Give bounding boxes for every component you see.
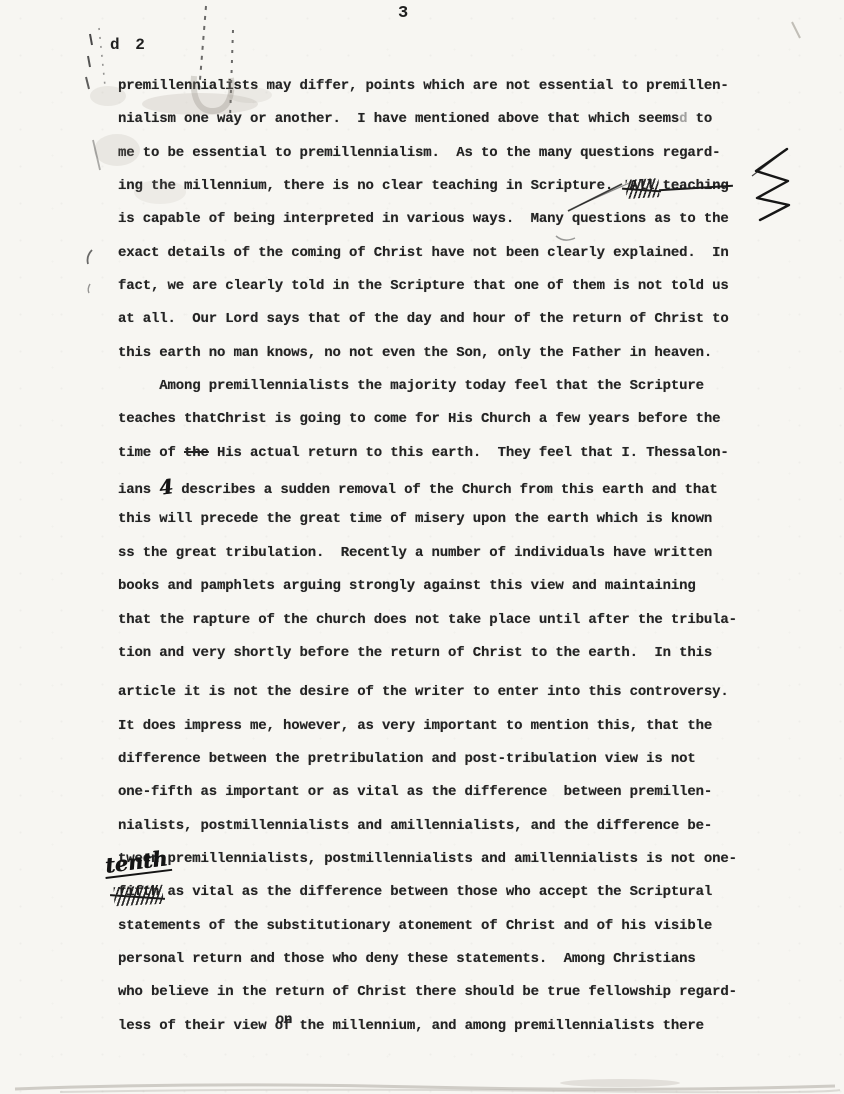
document-line: exact details of the coming of Christ ha…	[118, 237, 778, 270]
text-segment-scribble: fifthtenth	[118, 876, 159, 909]
document-line: ing the millennium, there is no clear te…	[118, 170, 778, 203]
document-line: that the rapture of the church does not …	[118, 604, 778, 637]
text-segment: this earth no man knows, no not even the…	[118, 345, 712, 361]
document-line: ss the great tribulation. Recently a num…	[118, 537, 778, 570]
text-segment: me to be essential to premillennialism. …	[118, 145, 720, 161]
text-segment: article it is not the desire of the writ…	[118, 684, 729, 700]
text-segment: Among premillennialists the majority tod…	[118, 378, 704, 394]
text-segment-faint: d	[679, 111, 687, 127]
text-segment: at all. Our Lord says that of the day an…	[118, 311, 729, 327]
text-segment: that the rapture of the church does not …	[118, 612, 737, 628]
document-line: this will precede the great time of mise…	[118, 503, 778, 536]
text-segment: the millennium, and among premillenniali…	[291, 1018, 704, 1034]
document-line: tween premillennialists, postmillenniali…	[118, 843, 778, 876]
document-line: ians 4 describes a sudden removal of the…	[118, 470, 778, 503]
text-segment: who believe in the return of Christ ther…	[118, 984, 737, 1000]
document-line: books and pamphlets arguing strongly aga…	[118, 570, 778, 603]
text-segment-strike: the	[184, 445, 209, 461]
text-segment: to	[687, 111, 712, 127]
text-segment: nialists, postmillennialists and amillen…	[118, 818, 712, 834]
text-segment: ians	[118, 482, 159, 498]
text-segment: nialism one way or another. I have menti…	[118, 111, 679, 127]
document-line: me to be essential to premillennialism. …	[118, 137, 778, 170]
text-segment: exact details of the coming of Christ ha…	[118, 245, 729, 261]
text-segment: His actual return to this earth. They fe…	[209, 445, 729, 461]
document-line: tion and very shortly before the return …	[118, 637, 778, 670]
document-line: less of their view ofon the millennium, …	[118, 1010, 778, 1043]
text-segment: tion and very shortly before the return …	[118, 645, 712, 661]
document-line: article it is not the desire of the writ…	[118, 676, 778, 709]
document-line: statements of the substitutionary atonem…	[118, 910, 778, 943]
document-line: fifthtenth as vital as the difference be…	[118, 876, 778, 909]
document-line: at all. Our Lord says that of the day an…	[118, 303, 778, 336]
document-line: nialism one way or another. I have menti…	[118, 103, 778, 136]
text-segment: ing the millennium, there is no clear te…	[118, 178, 630, 194]
text-segment: less of their view	[118, 1018, 275, 1034]
document-line: is capable of being interpreted in vario…	[118, 203, 778, 236]
text-segment-pen-strike: teaching	[663, 170, 729, 203]
text-segment: difference between the pretribulation an…	[118, 751, 696, 767]
text-segment-overtype: ofon	[275, 1010, 292, 1043]
document-line: personal return and those who deny these…	[118, 943, 778, 976]
document-line: Among premillennialists the majority tod…	[118, 370, 778, 403]
document-line: who believe in the return of Christ ther…	[118, 976, 778, 1009]
scanned-typescript-page: 3 d 2 premillennialists may differ, poin…	[0, 0, 844, 1094]
text-segment: premillennialists may differ, points whi…	[118, 78, 729, 94]
document-line: nialists, postmillennialists and amillen…	[118, 810, 778, 843]
document-line: one-fifth as important or as vital as th…	[118, 776, 778, 809]
text-segment: statements of the substitutionary atonem…	[118, 918, 712, 934]
text-segment: teaches thatChrist is going to come for …	[118, 411, 720, 427]
text-segment: fact, we are clearly told in the Scriptu…	[118, 278, 729, 294]
text-segment: books and pamphlets arguing strongly aga…	[118, 578, 696, 594]
text-segment: tween premillennialists, postmillenniali…	[118, 851, 737, 867]
text-segment-hand: 4	[157, 470, 175, 505]
text-segment: personal return and those who deny these…	[118, 951, 696, 967]
header-annotation: d 2	[110, 36, 148, 54]
top-right-stray-mark	[792, 22, 800, 38]
document-body: premillennialists may differ, points whi…	[118, 70, 778, 1043]
text-segment: one-fifth as important or as vital as th…	[118, 784, 712, 800]
text-segment: ss the great tribulation. Recently a num…	[118, 545, 712, 561]
text-segment: as vital as the difference between those…	[159, 884, 712, 900]
overtyped-text: on	[276, 1004, 293, 1037]
document-line: teaches thatChrist is going to come for …	[118, 403, 778, 436]
document-line: this earth no man knows, no not even the…	[118, 337, 778, 370]
document-line: time of the His actual return to this ea…	[118, 437, 778, 470]
text-segment: is capable of being interpreted in vario…	[118, 211, 729, 227]
bottom-smudge-band	[15, 1079, 840, 1092]
document-line: difference between the pretribulation an…	[118, 743, 778, 776]
text-segment-scribble: All	[630, 170, 655, 203]
document-line: premillennialists may differ, points whi…	[118, 70, 778, 103]
page-number: 3	[398, 4, 408, 23]
left-margin-pen-marks	[86, 28, 105, 293]
document-line: fact, we are clearly told in the Scriptu…	[118, 270, 778, 303]
text-segment: this will precede the great time of mise…	[118, 511, 712, 527]
text-segment: time of	[118, 445, 184, 461]
document-line: It does impress me, however, as very imp…	[118, 710, 778, 743]
text-segment: describes a sudden removal of the Church…	[173, 482, 718, 498]
text-segment: It does impress me, however, as very imp…	[118, 718, 712, 734]
